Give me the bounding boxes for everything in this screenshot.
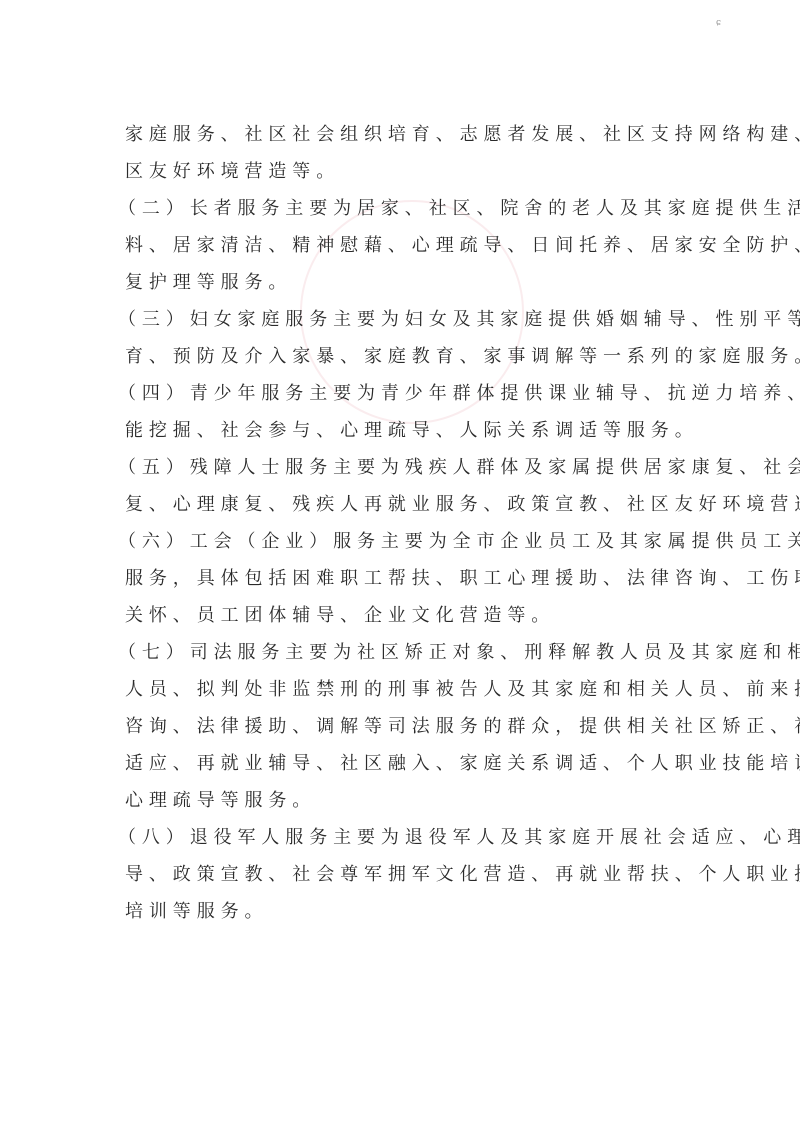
text-line: 服务，具体包括困难职工帮扶、职工心理援助、法律咨询、工伤职工 [118,560,684,597]
scan-mark: ɕ [716,18,724,28]
text-line: （三）妇女家庭服务主要为妇女及其家庭提供婚姻辅导、性别平等教 [118,301,684,338]
text-line: 家庭服务、社区社会组织培育、志愿者发展、社区支持网络构建、社 [118,116,684,153]
text-line: （二）长者服务主要为居家、社区、院舍的老人及其家庭提供生活照 [118,190,684,227]
text-line: 能挖掘、社会参与、心理疏导、人际关系调适等服务。 [118,412,684,449]
text-line: （六）工会（企业）服务主要为全市企业员工及其家属提供员工关怀 [118,523,684,560]
text-line: 培训等服务。 [118,893,684,930]
text-line: 导、政策宣教、社会尊军拥军文化营造、再就业帮扶、个人职业技能 [118,856,684,893]
text-line: （四）青少年服务主要为青少年群体提供课业辅导、抗逆力培养、潜 [118,375,684,412]
text-line: 心理疏导等服务。 [118,782,684,819]
text-line: （七）司法服务主要为社区矫正对象、刑释解教人员及其家庭和相关 [118,634,684,671]
paragraph-intro-continuation: 家庭服务、社区社会组织培育、志愿者发展、社区支持网络构建、社 区友好环境营造等。 [118,116,684,190]
text-line: 适应、再就业辅导、社区融入、家庭关系调适、个人职业技能培训、 [118,745,684,782]
document-page: ɕ 家庭服务、社区社会组织培育、志愿者发展、社区支持网络构建、社 区友好环境营造… [0,0,800,1132]
document-body: 家庭服务、社区社会组织培育、志愿者发展、社区支持网络构建、社 区友好环境营造等。… [118,116,684,930]
paragraph-section-8: （八）退役军人服务主要为退役军人及其家庭开展社会适应、心理疏 导、政策宣教、社会… [118,819,684,930]
text-line: 人员、拟判处非监禁刑的刑事被告人及其家庭和相关人员、前来接受 [118,671,684,708]
text-line: 复、心理康复、残疾人再就业服务、政策宣教、社区友好环境营造等。 [118,486,684,523]
paragraph-section-3: （三）妇女家庭服务主要为妇女及其家庭提供婚姻辅导、性别平等教 育、预防及介入家暴… [118,301,684,375]
text-line: （八）退役军人服务主要为退役军人及其家庭开展社会适应、心理疏 [118,819,684,856]
text-line: 复护理等服务。 [118,264,684,301]
text-line: 区友好环境营造等。 [118,153,684,190]
paragraph-section-4: （四）青少年服务主要为青少年群体提供课业辅导、抗逆力培养、潜 能挖掘、社会参与、… [118,375,684,449]
text-line: 料、居家清洁、精神慰藉、心理疏导、日间托养、居家安全防护、康 [118,227,684,264]
paragraph-section-6: （六）工会（企业）服务主要为全市企业员工及其家属提供员工关怀 服务，具体包括困难… [118,523,684,634]
text-line: 育、预防及介入家暴、家庭教育、家事调解等一系列的家庭服务。 [118,338,684,375]
text-line: （五）残障人士服务主要为残疾人群体及家属提供居家康复、社会康 [118,449,684,486]
text-line: 关怀、员工团体辅导、企业文化营造等。 [118,597,684,634]
paragraph-section-2: （二）长者服务主要为居家、社区、院舍的老人及其家庭提供生活照 料、居家清洁、精神… [118,190,684,301]
text-line: 咨询、法律援助、调解等司法服务的群众，提供相关社区矫正、社会 [118,708,684,745]
paragraph-section-7: （七）司法服务主要为社区矫正对象、刑释解教人员及其家庭和相关 人员、拟判处非监禁… [118,634,684,819]
paragraph-section-5: （五）残障人士服务主要为残疾人群体及家属提供居家康复、社会康 复、心理康复、残疾… [118,449,684,523]
